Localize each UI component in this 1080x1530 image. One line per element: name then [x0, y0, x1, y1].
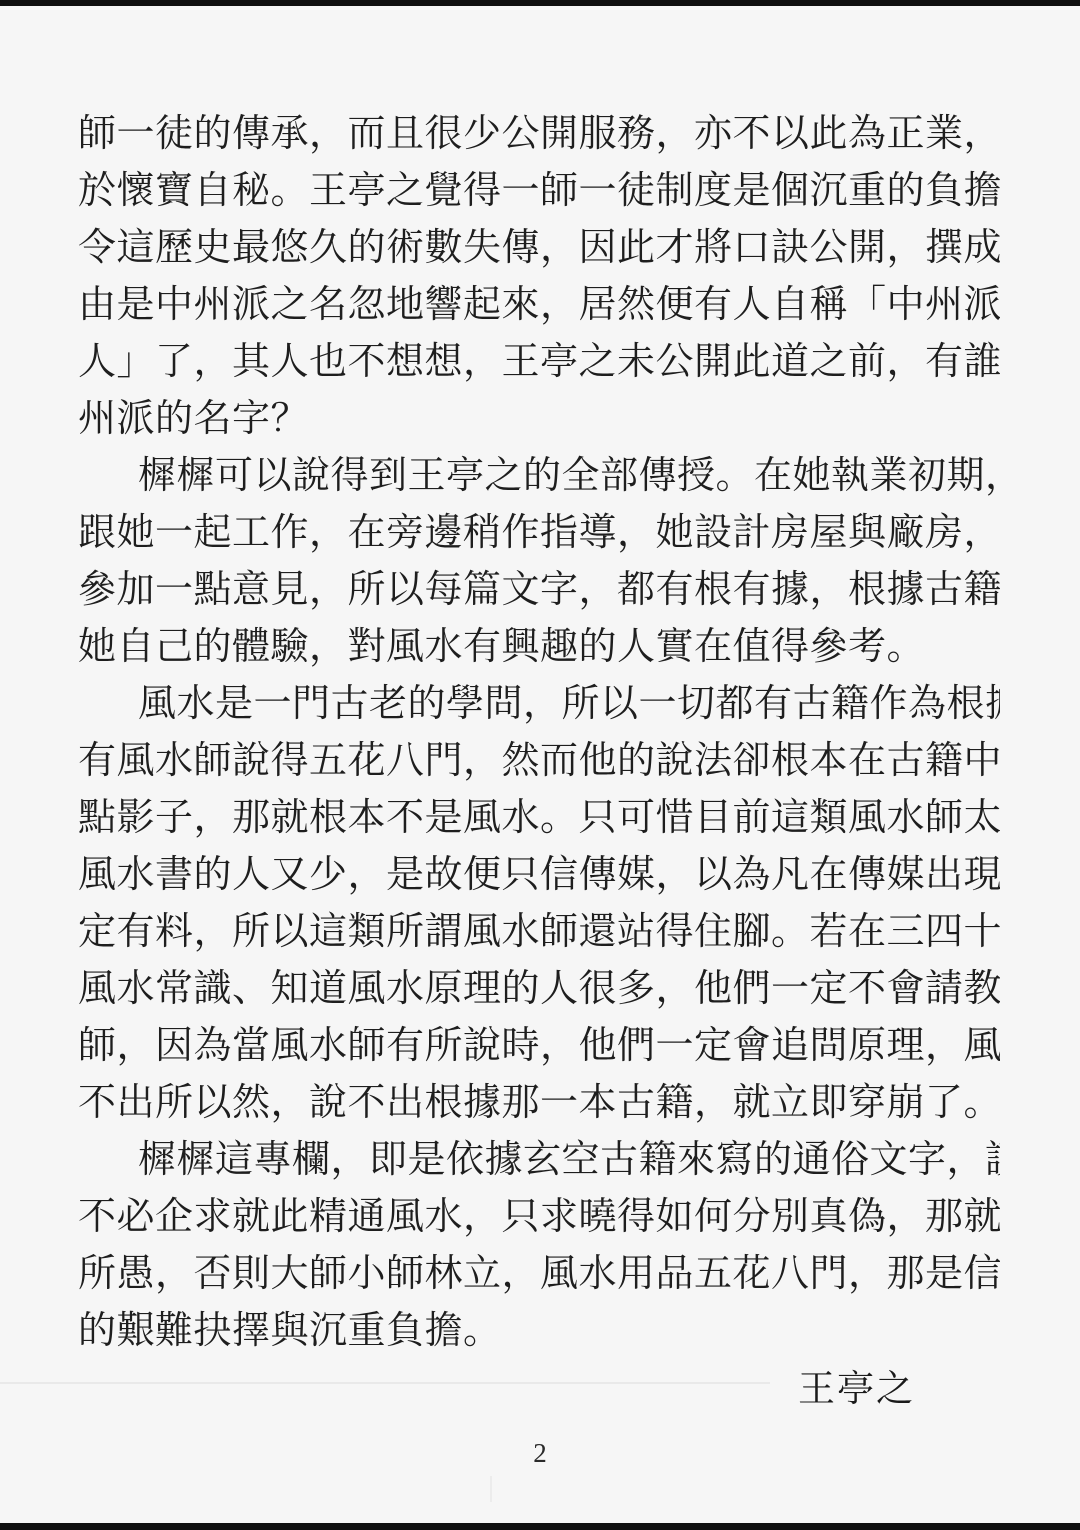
text-line: 有風水師說得五花八門，然而他的說法卻根本在古籍中找不出半: [78, 733, 1000, 790]
text-line: 令這歷史最悠久的術數失傳，因此才將口訣公開，撰成講義出版，: [78, 220, 1000, 277]
document-body: 師一徒的傳承，而且很少公開服務，亦不以此為正業，於是便等 於懷寶自秘。王亭之覺得…: [78, 106, 1000, 1417]
text-line: 師，因為當風水師有所說時，他們一定會追問原理，風水師若說: [78, 1018, 1000, 1075]
text-line: 的艱難抉擇與沉重負擔。: [78, 1303, 1000, 1360]
author-signature: 王亭之: [78, 1360, 1000, 1417]
text-line: 點影子，那就根本不是風水。只可惜目前這類風水師太多，讀過: [78, 790, 1000, 847]
text-line: 她自己的體驗，對風水有興趣的人實在值得參考。: [78, 619, 1000, 676]
text-line: 由是中州派之名忽地響起來，居然便有人自稱「中州派風水掌門: [78, 277, 1000, 334]
text-line: 樨樨這專欄，即是依據玄空古籍來寫的通俗文字，讀者讀過，: [78, 1132, 1000, 1189]
page-number: 2: [0, 1438, 1080, 1469]
text-line: 風水是一門古老的學問，所以一切都有古籍作為根據，倘若: [78, 676, 1000, 733]
scanned-document-page: { "colors": { "background": "#f6f6f6", "…: [0, 0, 1080, 1530]
text-line: 風水書的人又少，是故便只信傳媒，以為凡在傳媒出現過的人一: [78, 847, 1000, 904]
bottom-letterbox-bar: [0, 1523, 1080, 1530]
text-line: 於懷寶自秘。王亭之覺得一師一徒制度是個沉重的負擔，很容易: [78, 163, 1000, 220]
text-line: 參加一點意見，所以每篇文字，都有根有據，根據古籍，再加上: [78, 562, 1000, 619]
text-line: 人」了，其人也不想想，王亭之未公開此道之前，有誰人提過中: [78, 334, 1000, 391]
text-line: 跟她一起工作，在旁邊稍作指導，她設計房屋與廠房，王亭之亦: [78, 505, 1000, 562]
text-line: 樨樨可以說得到王亭之的全部傳授。在她執業初期，王亭之: [78, 448, 1000, 505]
text-line: 不必企求就此精通風水，只求曉得如何分別真偽，那就不致受人: [78, 1189, 1000, 1246]
scan-artifact-line: [0, 1382, 770, 1384]
text-line: 不出所以然，說不出根據那一本古籍，就立即穿崩了。: [78, 1075, 1000, 1132]
text-line: 風水常識、知道風水原理的人很多，他們一定不會請教這類風水: [78, 961, 1000, 1018]
text-line: 州派的名字？: [78, 391, 1000, 448]
scan-artifact-line: [490, 1476, 492, 1502]
top-letterbox-bar: [0, 0, 1080, 6]
text-line: 師一徒的傳承，而且很少公開服務，亦不以此為正業，於是便等: [78, 106, 1000, 163]
text-line: 定有料，所以這類所謂風水師還站得住腳。若在三四十年代，有: [78, 904, 1000, 961]
text-line: 所愚，否則大師小師林立，風水用品五花八門，那是信風水人士: [78, 1246, 1000, 1303]
